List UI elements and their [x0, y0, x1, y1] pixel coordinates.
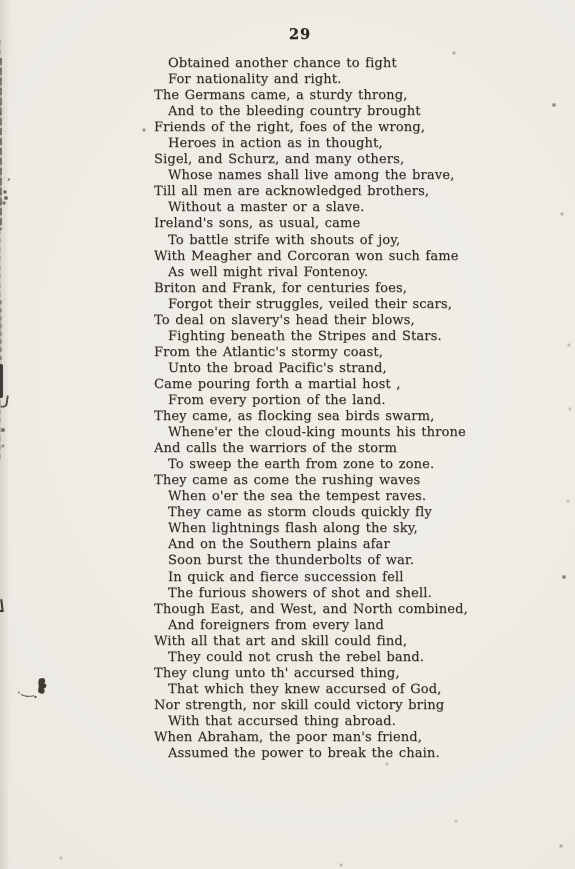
poem-line: And to the bleeding country brought	[154, 104, 468, 120]
poem-line: Friends of the right, foes of the wrong,	[154, 120, 468, 136]
poem-line: Sigel, and Schurz, and many others,	[154, 152, 468, 168]
ink-blot-scribble	[16, 676, 52, 704]
poem-line: Whene'er the cloud-king mounts his thron…	[154, 425, 468, 441]
poem-line: When Abraham, the poor man's friend,	[154, 730, 468, 746]
poem-line: Though East, and West, and North combine…	[154, 602, 468, 618]
poem-line: Ireland's sons, as usual, came	[154, 216, 468, 232]
poem-line: Briton and Frank, for centuries foes,	[154, 281, 468, 297]
scan-artifact-speckles	[0, 0, 2, 2]
poem-line: The Germans came, a sturdy throng,	[154, 88, 468, 104]
poem-line: For nationality and right.	[154, 72, 468, 88]
poem-line: Till all men are acknowledged brothers,	[154, 184, 468, 200]
poem-line: When lightnings flash along the sky,	[154, 521, 468, 537]
poem-line: Forgot their struggles, veiled their sca…	[154, 297, 468, 313]
poem-line: To sweep the earth from zone to zone.	[154, 457, 468, 473]
poem-line: In quick and fierce succession fell	[154, 570, 468, 586]
poem-line: They could not crush the rebel band.	[154, 650, 468, 666]
scan-artifact-edge-line	[0, 300, 2, 364]
poem-line: Heroes in action as in thought,	[154, 136, 468, 152]
scan-artifact-edge-line	[0, 364, 3, 398]
poem-line: Obtained another chance to fight	[154, 56, 468, 72]
poem-line: Fighting beneath the Stripes and Stars.	[154, 329, 468, 345]
poem-line: That which they knew accursed of God,	[154, 682, 468, 698]
poem-line: And calls the warriors of the storm	[154, 441, 468, 457]
poem-text-block: Obtained another chance to fightFor nati…	[154, 56, 468, 762]
poem-line: Nor strength, nor skill could victory br…	[154, 698, 468, 714]
poem-line: Without a master or a slave.	[154, 200, 468, 216]
scanned-book-page: ’ 29 Obtained another chance to fightFor…	[0, 0, 575, 869]
poem-line: With all that art and skill could find,	[154, 634, 468, 650]
poem-line: To battle strife with shouts of joy,	[154, 233, 468, 249]
poem-line: Came pouring forth a martial host ,	[154, 377, 468, 393]
poem-line: Assumed the power to break the chain.	[154, 746, 468, 762]
poem-line: From the Atlantic's stormy coast,	[154, 345, 468, 361]
page-number: 29	[154, 26, 446, 43]
poem-line: With that accursed thing abroad.	[154, 714, 468, 730]
poem-line: They came as storm clouds quickly fly	[154, 505, 468, 521]
poem-line: With Meagher and Corcoran won such fame	[154, 249, 468, 265]
scan-artifact-edge-line	[0, 58, 2, 230]
poem-line: They came, as flocking sea birds swarm,	[154, 409, 468, 425]
poem-line: As well might rival Fontenoy.	[154, 265, 468, 281]
poem-line: Soon burst the thunderbolts of war.	[154, 553, 468, 569]
poem-line: From every portion of the land.	[154, 393, 468, 409]
poem-line: They clung unto th' accursed thing,	[154, 666, 468, 682]
poem-line: They came as come the rushing waves	[154, 473, 468, 489]
poem-line: To deal on slavery's head their blows,	[154, 313, 468, 329]
poem-line: And on the Southern plains afar	[154, 537, 468, 553]
poem-line: Whose names shall live among the brave,	[154, 168, 468, 184]
poem-line: When o'er the sea the tempest raves.	[154, 489, 468, 505]
poem-line: And foreigners from every land	[154, 618, 468, 634]
poem-line: Unto the broad Pacific's strand,	[154, 361, 468, 377]
poem-line: The furious showers of shot and shell.	[154, 586, 468, 602]
